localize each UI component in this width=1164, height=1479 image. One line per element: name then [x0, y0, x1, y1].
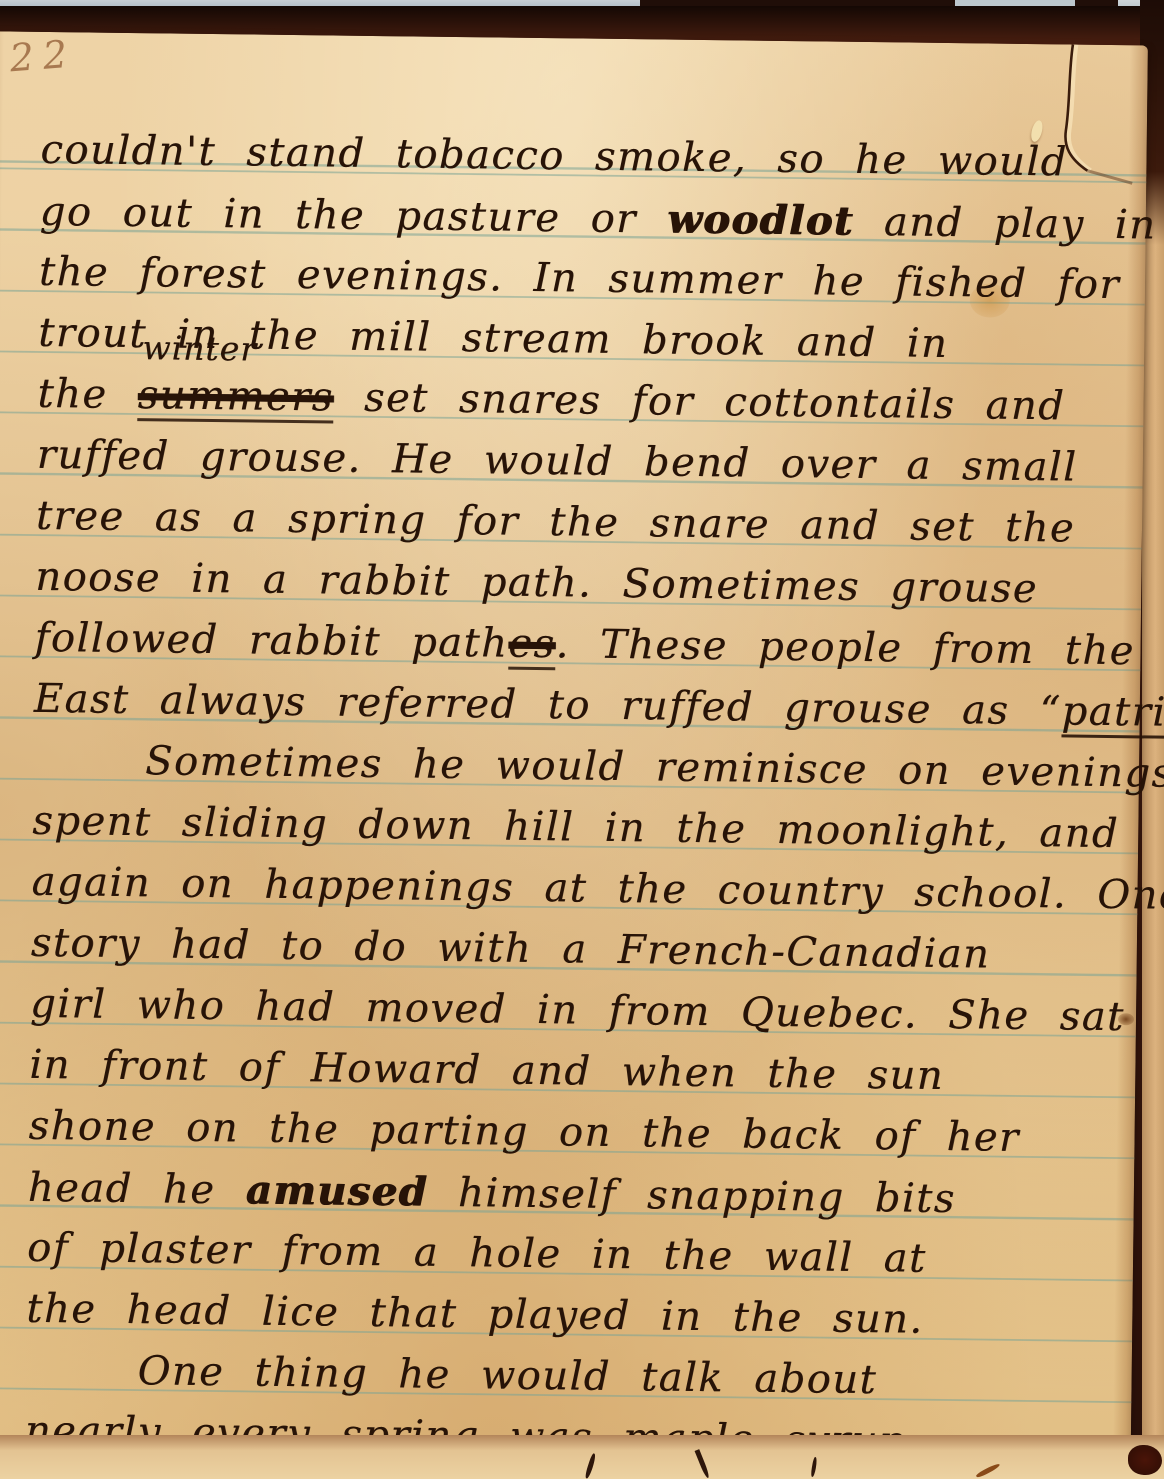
- text-segment: noose in a rabbit path. Sometimes grouse: [35, 554, 1038, 612]
- text-segment: story had to do with a French-Canadian: [31, 920, 991, 978]
- notebook-scan: 22 couldn't stand tobacco smoke, so he w…: [0, 0, 1164, 1479]
- text: ruffed grouse. He would bend over a smal…: [37, 432, 1078, 491]
- underlined-text: patridges: [1061, 688, 1164, 740]
- text-segment: the forest evenings. In summer he fished…: [39, 249, 1120, 308]
- text: the head lice that played in the sun.: [26, 1286, 924, 1343]
- struck-text: es: [508, 621, 556, 671]
- text-segment: Sometimes he would reminisce on evenings: [145, 738, 1164, 797]
- text-segment: go out in the pasture or: [40, 189, 668, 243]
- text-segment: couldn't stand tobacco smoke, so he woul…: [40, 127, 1068, 186]
- stray-pen-mark: [810, 1457, 817, 1477]
- text: go out in the pasture or: [40, 189, 668, 243]
- text-segment: shone on the parting on the back of her: [28, 1103, 1020, 1161]
- text-segment: spent sliding down hill in the moonlight…: [32, 798, 1119, 857]
- stray-pen-mark: [695, 1449, 711, 1479]
- text: in front of Howard and when the sun: [29, 1042, 944, 1099]
- text-segment: in front of Howard and when the sun: [29, 1042, 944, 1099]
- text-segment: ruffed grouse. He would bend over a smal…: [37, 432, 1078, 491]
- text-segment: followed rabbit path: [34, 615, 508, 667]
- text-segment: and play in: [853, 199, 1156, 249]
- underlying-page-bottom: [0, 1435, 1164, 1479]
- text: again on happenings at the country schoo…: [31, 859, 1164, 919]
- text: One thing he would talk about: [137, 1348, 877, 1403]
- text: and play in: [853, 199, 1156, 249]
- text-segment: girl who had moved in from Quebec. She s…: [30, 981, 1125, 1040]
- notebook-page: 22 couldn't stand tobacco smoke, so he w…: [0, 31, 1148, 1457]
- text: story had to do with a French-Canadian: [31, 920, 991, 978]
- text: shone on the parting on the back of her: [28, 1103, 1020, 1161]
- text: the: [37, 371, 138, 418]
- text: . These people from the: [555, 621, 1135, 674]
- text-segment: One thing he would talk about: [137, 1348, 877, 1403]
- binding-dark-blob: [1128, 1445, 1162, 1475]
- text: spent sliding down hill in the moonlight…: [32, 798, 1119, 857]
- text-segment: patridges: [1061, 688, 1164, 737]
- text-segment: woodlot: [667, 197, 854, 245]
- stray-pen-mark: [584, 1453, 597, 1479]
- text-segment: of plaster from a hole in the wall at: [27, 1225, 927, 1282]
- text-segment: es: [508, 621, 556, 668]
- text-segment: himself snapping bits: [428, 1170, 956, 1222]
- text-segment: the: [37, 371, 138, 418]
- text-segment: tree as a spring for the snare and set t…: [36, 493, 1076, 552]
- text: the forest evenings. In summer he fished…: [39, 249, 1120, 308]
- handwriting-lines: couldn't stand tobacco smoke, so he woul…: [25, 120, 1121, 1475]
- text: noose in a rabbit path. Sometimes grouse: [35, 554, 1038, 612]
- text-segment: again on happenings at the country schoo…: [31, 859, 1164, 919]
- text-segment: . These people from the: [555, 621, 1135, 674]
- inserted-word-above-line: winter: [142, 331, 257, 365]
- text-segment: set snares for cottontails and: [333, 375, 1065, 430]
- text: of plaster from a hole in the wall at: [27, 1225, 927, 1282]
- stray-pen-mark: [975, 1462, 1000, 1479]
- text: East always referred to ruffed grouse as…: [34, 676, 1062, 735]
- struck-text: summers: [137, 372, 334, 423]
- overwritten-text: woodlot: [667, 196, 854, 245]
- text-segment: East always referred to ruffed grouse as…: [34, 676, 1062, 735]
- overwritten-text: amused: [245, 1167, 428, 1216]
- text-segment: summerswinter: [138, 372, 335, 420]
- text: girl who had moved in from Quebec. She s…: [30, 981, 1125, 1040]
- text: head he: [28, 1165, 246, 1214]
- text: followed rabbit path: [34, 615, 508, 667]
- text-segment: amused: [245, 1168, 428, 1216]
- text-segment: the head lice that played in the sun.: [26, 1286, 924, 1343]
- text: set snares for cottontails and: [333, 375, 1065, 430]
- page-number: 22: [8, 32, 77, 81]
- text: tree as a spring for the snare and set t…: [36, 493, 1076, 552]
- text: himself snapping bits: [428, 1170, 956, 1222]
- text: couldn't stand tobacco smoke, so he woul…: [40, 127, 1068, 186]
- text: Sometimes he would reminisce on evenings: [145, 738, 1164, 797]
- text-segment: head he: [28, 1165, 246, 1214]
